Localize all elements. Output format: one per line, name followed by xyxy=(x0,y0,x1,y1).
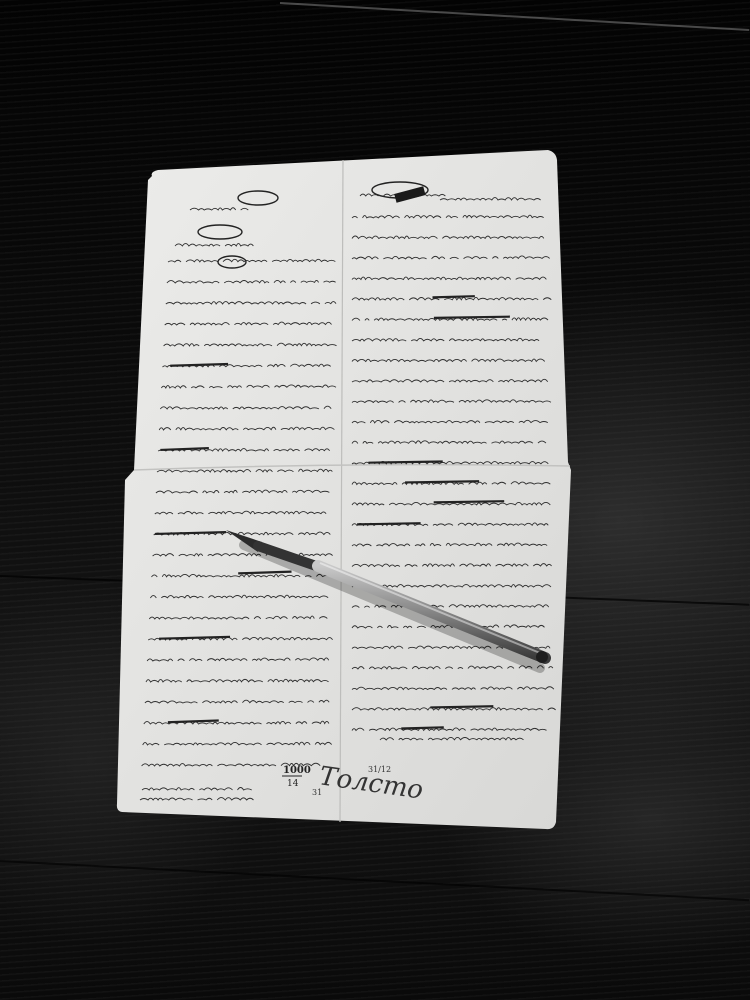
margin-number: 1000 xyxy=(283,765,311,776)
margin-number: 14 xyxy=(287,779,299,789)
margin-number: 31 xyxy=(312,788,322,797)
paper xyxy=(117,150,571,829)
manuscript-sheet: Толсто 1000 14 31/12 31 xyxy=(0,0,750,1000)
photo-scene: Толсто 1000 14 31/12 31 xyxy=(0,0,750,1000)
margin-number: 31/12 xyxy=(368,765,391,774)
